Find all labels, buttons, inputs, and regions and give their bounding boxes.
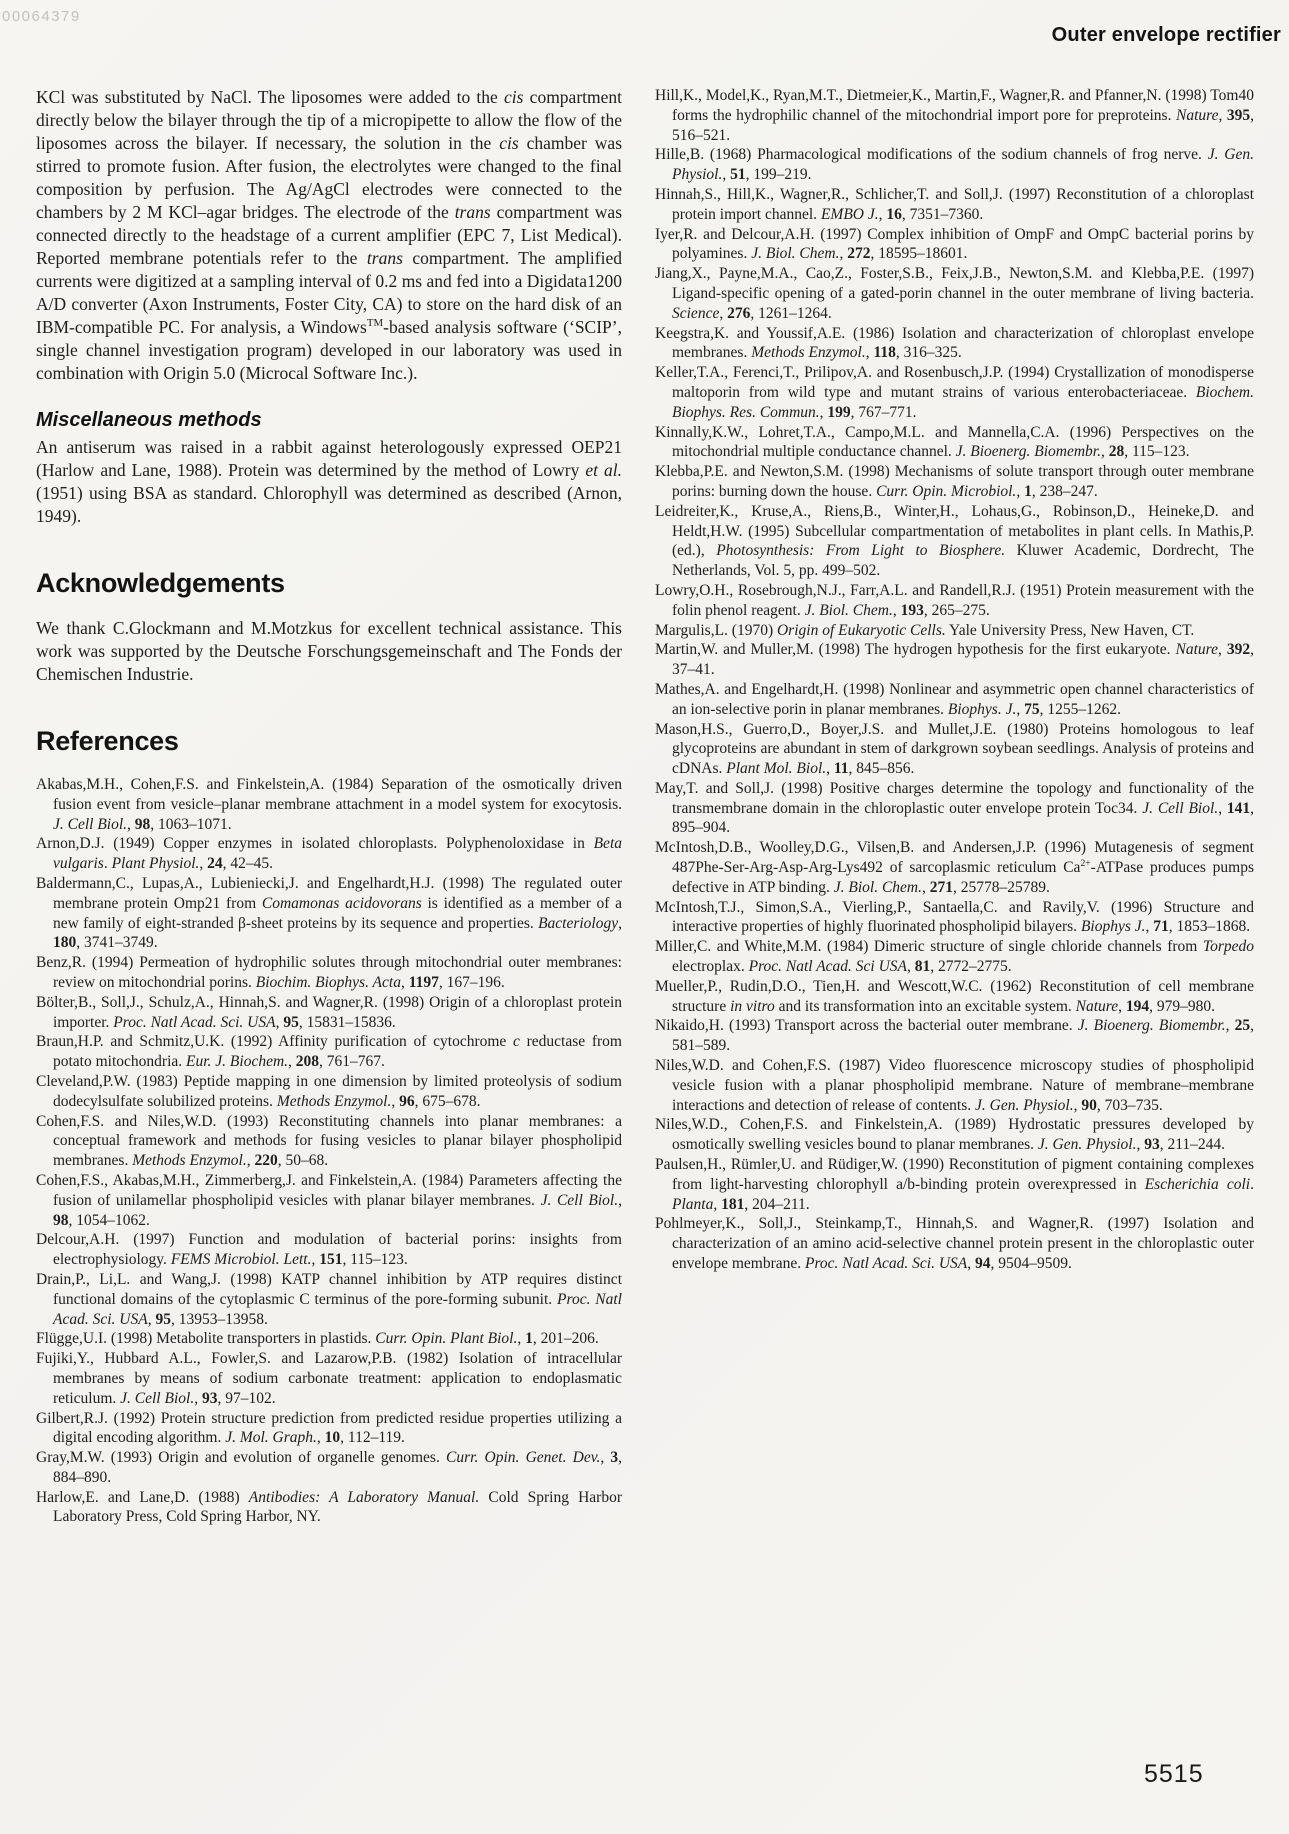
reference-item: McIntosh,D.B., Woolley,D.G., Vilsen,B. a… [655, 838, 1254, 897]
acknowledgements-paragraph: We thank C.Glockmann and M.Motzkus for e… [36, 617, 622, 686]
reference-item: Hille,B. (1968) Pharmacological modifica… [655, 145, 1254, 185]
reference-item: Keegstra,K. and Youssif,A.E. (1986) Isol… [655, 324, 1254, 364]
reference-item: Margulis,L. (1970) Origin of Eukaryotic … [655, 621, 1254, 641]
reference-item: Keller,T.A., Ferenci,T., Prilipov,A. and… [655, 363, 1254, 422]
reference-item: Cohen,F.S., Akabas,M.H., Zimmerberg,J. a… [36, 1171, 622, 1230]
references-list-right: Hill,K., Model,K., Ryan,M.T., Dietmeier,… [655, 86, 1254, 1274]
left-column: KCl was substituted by NaCl. The liposom… [36, 86, 622, 1527]
reference-item: Hill,K., Model,K., Ryan,M.T., Dietmeier,… [655, 86, 1254, 145]
journal-page: 00064379 Outer envelope rectifier KCl wa… [0, 0, 1289, 1834]
reference-item: Hinnah,S., Hill,K., Wagner,R., Schlicher… [655, 185, 1254, 225]
reference-item: Paulsen,H., Rümler,U. and Rüdiger,W. (19… [655, 1155, 1254, 1214]
reference-item: Drain,P., Li,L. and Wang,J. (1998) KATP … [36, 1270, 622, 1329]
reference-item: May,T. and Soll,J. (1998) Positive charg… [655, 779, 1254, 838]
reference-item: Mason,H.S., Guerro,D., Boyer,J.S. and Mu… [655, 720, 1254, 779]
reference-item: Harlow,E. and Lane,D. (1988) Antibodies:… [36, 1488, 622, 1528]
reference-item: Braun,H.P. and Schmitz,U.K. (1992) Affin… [36, 1032, 622, 1072]
reference-item: Benz,R. (1994) Permeation of hydrophilic… [36, 953, 622, 993]
reference-item: Gilbert,R.J. (1992) Protein structure pr… [36, 1409, 622, 1449]
reference-item: Nikaido,H. (1993) Transport across the b… [655, 1016, 1254, 1056]
two-column-layout: KCl was substituted by NaCl. The liposom… [36, 86, 1254, 1527]
references-list-left: Akabas,M.H., Cohen,F.S. and Finkelstein,… [36, 775, 622, 1527]
reference-item: Akabas,M.H., Cohen,F.S. and Finkelstein,… [36, 775, 622, 834]
reference-item: Iyer,R. and Delcour,A.H. (1997) Complex … [655, 225, 1254, 265]
reference-item: Niles,W.D. and Cohen,F.S. (1987) Video f… [655, 1056, 1254, 1115]
reference-item: Mathes,A. and Engelhardt,H. (1998) Nonli… [655, 680, 1254, 720]
reference-item: Miller,C. and White,M.M. (1984) Dimeric … [655, 937, 1254, 977]
reference-item: Baldermann,C., Lupas,A., Lubieniecki,J. … [36, 874, 622, 953]
reference-item: Lowry,O.H., Rosebrough,N.J., Farr,A.L. a… [655, 581, 1254, 621]
reference-item: Cohen,F.S. and Niles,W.D. (1993) Reconst… [36, 1112, 622, 1171]
reference-item: Leidreiter,K., Kruse,A., Riens,B., Winte… [655, 502, 1254, 581]
reference-item: Gray,M.W. (1993) Origin and evolution of… [36, 1448, 622, 1488]
reference-item: Flügge,U.I. (1998) Metabolite transporte… [36, 1329, 622, 1349]
reference-item: Niles,W.D., Cohen,F.S. and Finkelstein,A… [655, 1115, 1254, 1155]
miscellaneous-methods-paragraph: An antiserum was raised in a rabbit agai… [36, 436, 622, 528]
reference-item: Klebba,P.E. and Newton,S.M. (1998) Mecha… [655, 462, 1254, 502]
running-head: Outer envelope rectifier [1052, 24, 1281, 47]
reference-item: Arnon,D.J. (1949) Copper enzymes in isol… [36, 834, 622, 874]
reference-item: Jiang,X., Payne,M.A., Cao,Z., Foster,S.B… [655, 264, 1254, 323]
acknowledgements-heading: Acknowledgements [36, 568, 622, 599]
miscellaneous-methods-heading: Miscellaneous methods [36, 409, 622, 432]
scan-id-number: 00064379 [2, 8, 81, 25]
reference-item: Delcour,A.H. (1997) Function and modulat… [36, 1230, 622, 1270]
reference-item: Mueller,P., Rudin,D.O., Tien,H. and Wesc… [655, 977, 1254, 1017]
reference-item: Cleveland,P.W. (1983) Peptide mapping in… [36, 1072, 622, 1112]
references-heading: References [36, 726, 622, 757]
right-column: Hill,K., Model,K., Ryan,M.T., Dietmeier,… [655, 86, 1254, 1527]
reference-item: Kinnally,K.W., Lohret,T.A., Campo,M.L. a… [655, 423, 1254, 463]
reference-item: McIntosh,T.J., Simon,S.A., Vierling,P., … [655, 898, 1254, 938]
methods-paragraph: KCl was substituted by NaCl. The liposom… [36, 86, 622, 385]
reference-item: Bölter,B., Soll,J., Schulz,A., Hinnah,S.… [36, 993, 622, 1033]
reference-item: Martin,W. and Muller,M. (1998) The hydro… [655, 640, 1254, 680]
reference-item: Pohlmeyer,K., Soll,J., Steinkamp,T., Hin… [655, 1214, 1254, 1273]
reference-item: Fujiki,Y., Hubbard A.L., Fowler,S. and L… [36, 1349, 622, 1408]
page-number: 5515 [1144, 1760, 1204, 1789]
